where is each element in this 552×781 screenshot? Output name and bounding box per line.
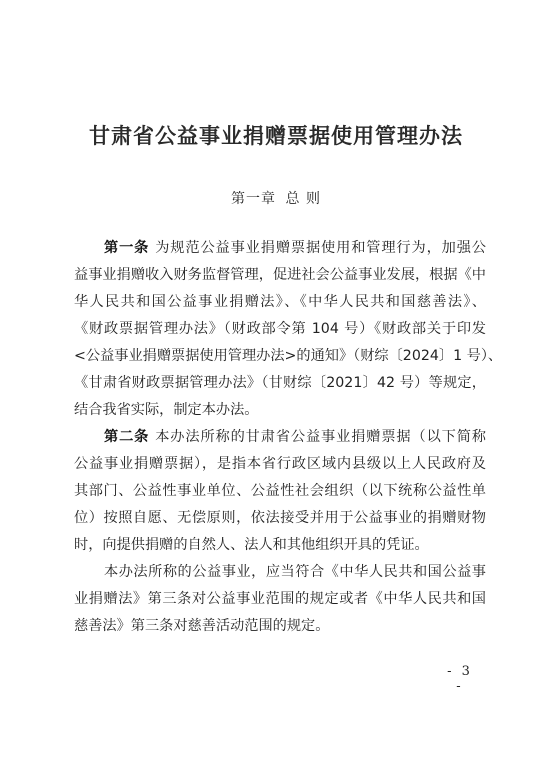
paragraph-line: 华人民共和国公益事业捐赠法》、《中华人民共和国慈善法》、	[74, 289, 486, 316]
document-page: 甘肃省公益事业捐赠票据使用管理办法 第一章 总 则 第一条为规范公益事业捐赠票据…	[0, 0, 552, 781]
paragraph-line: 第一条为规范公益事业捐赠票据使用和管理行为，加强公	[74, 235, 486, 262]
paragraph-line: <公益事业捐赠票据使用管理办法>的通知》（财综〔2024〕1 号）、	[74, 343, 486, 370]
paragraph-line: 位）按照自愿、无偿原则，依法接受并用于公益事业的捐赠财物	[74, 505, 486, 532]
paragraph-line: 《甘肃省财政票据管理办法》（甘财综〔2021〕42 号）等规定，	[74, 370, 486, 397]
chapter-name: 总 则	[286, 191, 321, 207]
article-label: 第二条	[104, 429, 149, 445]
document-title: 甘肃省公益事业捐赠票据使用管理办法	[0, 120, 552, 150]
paragraph-line: 业捐赠法》第三条对公益事业范围的规定或者《中华人民共和国	[74, 586, 486, 613]
paragraph-line: 本办法所称的公益事业，应当符合《中华人民共和国公益事	[74, 559, 486, 586]
paragraph-line: 时，向提供捐赠的自然人、法人和其他组织开具的凭证。	[74, 532, 486, 559]
chapter-heading: 第一章 总 则	[0, 188, 552, 208]
paragraph-line: 结合我省实际，制定本办法。	[74, 397, 486, 424]
paragraph-line: 《财政票据管理办法》（财政部令第 104 号）《财政部关于印发	[74, 316, 486, 343]
paragraph-line: 第二条本办法所称的甘肃省公益事业捐赠票据（以下简称	[74, 424, 486, 451]
paragraph-line: 公益事业捐赠票据），是指本省行政区域内县级以上人民政府及	[74, 451, 486, 478]
chapter-number: 第一章	[231, 191, 276, 207]
document-body: 第一条为规范公益事业捐赠票据使用和管理行为，加强公 益事业捐赠收入财务监督管理，…	[74, 235, 486, 640]
paragraph-line: 慈善法》第三条对慈善活动范围的规定。	[74, 613, 486, 640]
paragraph-line: 其部门、公益性事业单位、公益性社会组织（以下统称公益性单	[74, 478, 486, 505]
article-label: 第一条	[104, 240, 149, 256]
page-number: - 3 -	[440, 664, 480, 694]
paragraph-line: 益事业捐赠收入财务监督管理，促进社会公益事业发展，根据《中	[74, 262, 486, 289]
